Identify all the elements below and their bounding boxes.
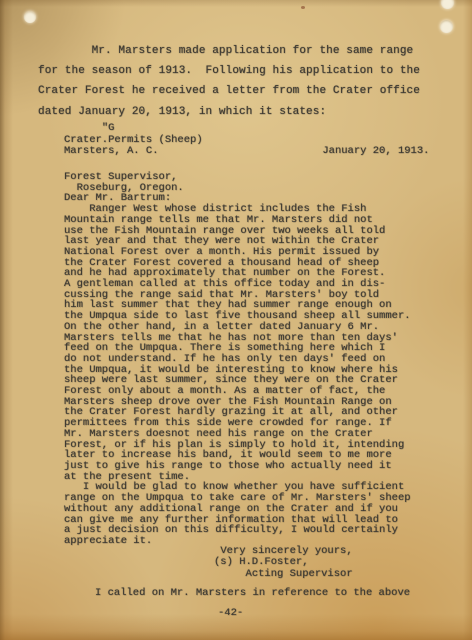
paper-speck (301, 6, 305, 9)
letter-reference-block: "G Crater.Permits (Sheep) Marsters, A. C… (64, 123, 464, 158)
punch-hole-top-left (24, 11, 36, 23)
punch-hole-top-right-upper (441, 0, 454, 9)
punch-hole-top-right-lower (440, 20, 453, 33)
intro-paragraph: Mr. Marsters made application for the sa… (38, 41, 450, 122)
scanned-letter-page: Mr. Marsters made application for the sa… (0, 0, 472, 640)
signature-block: Very sincerely yours, (s) H.D.Foster, Ac… (214, 546, 353, 580)
page-number: -42- (218, 607, 243, 619)
letter-body: Forest Supervisor, Roseburg, Oregon. Dea… (64, 172, 464, 547)
closing-line: I called on Mr. Marsters in reference to… (95, 587, 410, 599)
